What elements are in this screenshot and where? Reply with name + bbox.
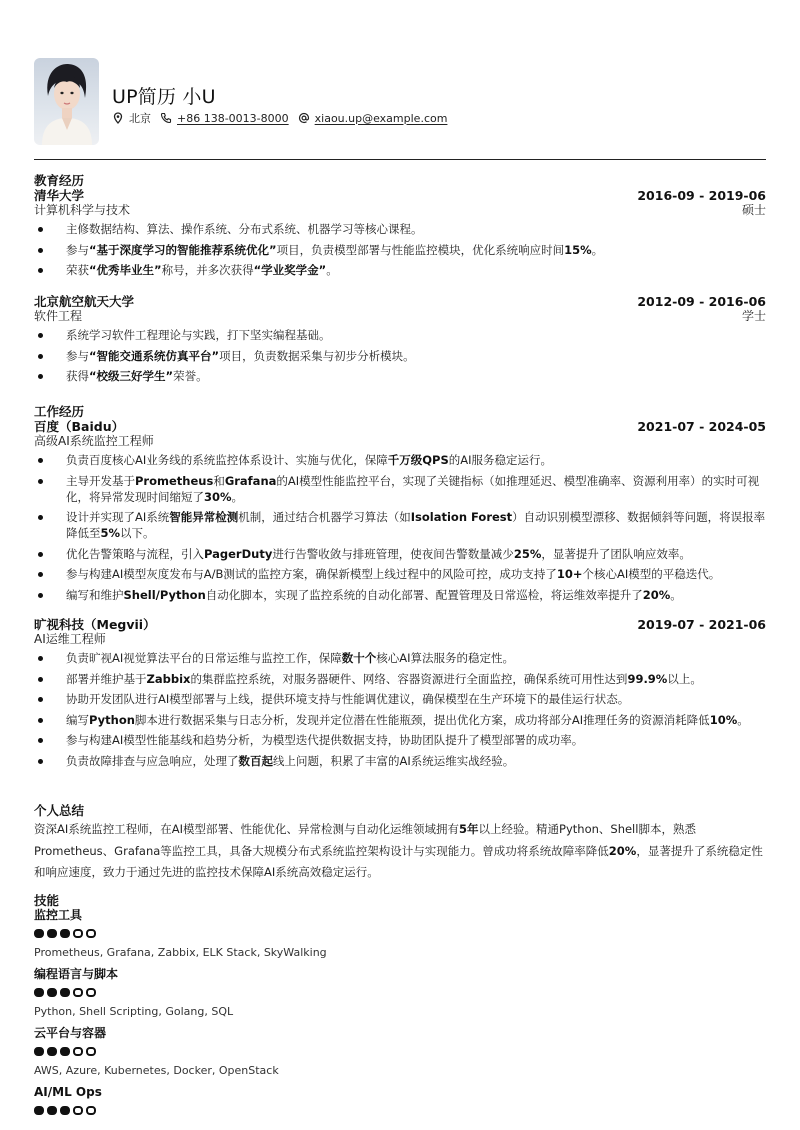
text-run: 。 xyxy=(232,490,244,504)
text-run: 主导开发基于 xyxy=(66,474,135,488)
emphasis-text: Shell/Python xyxy=(124,588,206,602)
list-item: 主导开发基于Prometheus和Grafana的AI模型性能监控平台，实现了关… xyxy=(34,473,766,505)
emphasis-text: Prometheus xyxy=(135,474,213,488)
filled-dot-icon xyxy=(60,1047,70,1056)
text-run: 参与构建AI模型性能基线和趋势分析，为模型迭代提供数据支持，协助团队提升了模型部… xyxy=(66,733,583,747)
phone-icon xyxy=(160,112,172,124)
text-run: 优化告警策略与流程，引入 xyxy=(66,547,204,561)
work-entry: 百度（Baidu） 2021-07 - 2024-05 高级AI系统监控工程师 … xyxy=(34,419,766,603)
job-title: AI运维工程师 xyxy=(34,632,106,646)
skill-level-rating xyxy=(34,988,766,998)
summary-text: 资深AI系统监控工程师，在AI模型部署、性能优化、异常检测与自动化运维领域拥有5… xyxy=(34,819,766,884)
email-link[interactable]: xiaou.up@example.com xyxy=(315,112,448,125)
skill-level-rating xyxy=(34,1047,766,1057)
emphasis-text: 智能异常检测 xyxy=(169,510,238,524)
portrait-image xyxy=(34,58,99,145)
text-run: 自动化脚本，实现了监控系统的自动化部署、配置管理及日常巡检，将运维效率提升了 xyxy=(206,588,643,602)
filled-dot-icon xyxy=(60,1106,70,1115)
list-item: 负责百度核心AI业务线的系统监控体系设计、实施与优化，保障千万级QPS的AI服务… xyxy=(34,452,766,468)
skill-item: 监控工具Prometheus, Grafana, Zabbix, ELK Sta… xyxy=(34,908,766,959)
candidate-name: UP简历 小U xyxy=(112,82,216,109)
emphasis-text: 5% xyxy=(101,526,121,540)
skill-name: 云平台与容器 xyxy=(34,1026,766,1041)
emphasis-text: 数十个 xyxy=(342,651,377,665)
text-run: 。 xyxy=(670,588,682,602)
contact-info: 北京 +86 138-0013-8000 xiaou.up@example.co… xyxy=(112,110,456,126)
emphasis-text: 数百起 xyxy=(239,754,274,768)
section-title-work: 工作经历 xyxy=(34,404,766,419)
header-divider xyxy=(34,159,766,160)
text-run: 。 xyxy=(592,243,604,257)
empty-dot-icon xyxy=(73,1106,83,1115)
education-section-2: 北京航空航天大学 2012-09 - 2016-06 软件工程 学士 系统学习软… xyxy=(34,294,766,389)
text-run: 资深AI系统监控工程师，在AI模型部署、性能优化、异常检测与自动化运维领域拥有 xyxy=(34,822,459,836)
bullet-list: 主修数据结构、算法、操作系统、分布式系统、机器学习等核心课程。参与“基于深度学习… xyxy=(34,221,766,278)
text-run: 获得 xyxy=(66,369,89,383)
skill-name: 监控工具 xyxy=(34,908,766,923)
text-run: 项目，负责模型部署与性能监控模块，优化系统响应时间 xyxy=(277,243,565,257)
empty-dot-icon xyxy=(86,1106,96,1115)
list-item: 编写Python脚本进行数据采集与日志分析，发现并定位潜在性能瓶颈，提出优化方案… xyxy=(34,712,766,728)
skill-level-rating xyxy=(34,929,766,939)
skill-keywords: Prometheus, Grafana, Zabbix, ELK Stack, … xyxy=(34,946,766,959)
filled-dot-icon xyxy=(60,929,70,938)
list-item: 设计并实现了AI系统智能异常检测机制，通过结合机器学习算法（如Isolation… xyxy=(34,509,766,541)
at-sign-icon xyxy=(298,112,310,124)
filled-dot-icon xyxy=(60,988,70,997)
text-run: 机制，通过结合机器学习算法（如 xyxy=(238,510,411,524)
emphasis-text: PagerDuty xyxy=(204,547,272,561)
skill-item: AI/ML Ops xyxy=(34,1085,766,1116)
text-run: 项目，负责数据采集与初步分析模块。 xyxy=(219,349,415,363)
text-run: 参与 xyxy=(66,349,89,363)
list-item: 负责旷视AI视觉算法平台的日常运维与监控工作，保障数十个核心AI算法服务的稳定性… xyxy=(34,650,766,666)
text-run: 个核心AI模型的平稳迭代。 xyxy=(583,567,721,581)
list-item: 负责故障排查与应急响应，处理了数百起线上问题，积累了丰富的AI系统运维实战经验。 xyxy=(34,753,766,769)
list-item: 参与构建AI模型灰度发布与A/B测试的监控方案，确保新模型上线过程中的风险可控，… xyxy=(34,566,766,582)
text-run: 参与构建AI模型灰度发布与A/B测试的监控方案，确保新模型上线过程中的风险可控，… xyxy=(66,567,557,581)
map-pin-icon xyxy=(112,112,124,124)
text-run: ，显著提升了团队响应效率。 xyxy=(541,547,691,561)
list-item: 优化告警策略与流程，引入PagerDuty进行告警收敛与排班管理，使夜间告警数量… xyxy=(34,546,766,562)
skill-level-rating xyxy=(34,1106,766,1116)
text-run: 线上问题，积累了丰富的AI系统运维实战经验。 xyxy=(273,754,514,768)
list-item: 荣获“优秀毕业生”称号，并多次获得“学业奖学金”。 xyxy=(34,262,766,278)
resume-header: UP简历 小U 北京 +86 138-0013-8000 xyxy=(34,58,766,146)
text-run: 参与 xyxy=(66,243,89,257)
summary-section: 个人总结 资深AI系统监控工程师，在AI模型部署、性能优化、异常检测与自动化运维… xyxy=(34,803,766,884)
emphasis-text: 15% xyxy=(564,243,592,257)
school-name: 清华大学 xyxy=(34,188,84,203)
text-run: 编写 xyxy=(66,713,89,727)
date-range: 2012-09 - 2016-06 xyxy=(637,294,766,309)
text-run: 荣誉。 xyxy=(173,369,208,383)
major: 计算机科学与技术 xyxy=(34,203,130,217)
major: 软件工程 xyxy=(34,309,82,323)
list-item: 获得“校级三好学生”荣誉。 xyxy=(34,368,766,384)
education-section: 教育经历 清华大学 2016-09 - 2019-06 计算机科学与技术 硕士 … xyxy=(34,173,766,283)
school-name: 北京航空航天大学 xyxy=(34,294,134,309)
filled-dot-icon xyxy=(47,1106,57,1115)
text-run: 。 xyxy=(737,713,749,727)
emphasis-text: Python xyxy=(89,713,135,727)
filled-dot-icon xyxy=(47,988,57,997)
work-section: 工作经历 百度（Baidu） 2021-07 - 2024-05 高级AI系统监… xyxy=(34,404,766,607)
list-item: 系统学习软件工程理论与实践，打下坚实编程基础。 xyxy=(34,327,766,343)
skill-item: 编程语言与脚本Python, Shell Scripting, Golang, … xyxy=(34,967,766,1018)
text-run: 脚本进行数据采集与日志分析，发现并定位潜在性能瓶颈，提出优化方案，成功将部分AI… xyxy=(135,713,710,727)
filled-dot-icon xyxy=(47,929,57,938)
list-item: 参与“智能交通系统仿真平台”项目，负责数据采集与初步分析模块。 xyxy=(34,348,766,364)
company-name: 旷视科技（Megvii） xyxy=(34,617,156,632)
text-run: 协助开发团队进行AI模型部署与上线，提供环境支持与性能调优建议，确保模型在生产环… xyxy=(66,692,629,706)
skill-item: 云平台与容器AWS, Azure, Kubernetes, Docker, Op… xyxy=(34,1026,766,1077)
text-run: 的AI服务稳定运行。 xyxy=(449,453,552,467)
skills-list: 监控工具Prometheus, Grafana, Zabbix, ELK Sta… xyxy=(34,908,766,1116)
text-run: 。 xyxy=(326,263,338,277)
empty-dot-icon xyxy=(86,1047,96,1056)
skill-name: 编程语言与脚本 xyxy=(34,967,766,982)
filled-dot-icon xyxy=(34,1047,44,1056)
emphasis-text: “基于深度学习的智能推荐系统优化” xyxy=(89,243,277,257)
list-item: 参与“基于深度学习的智能推荐系统优化”项目，负责模型部署与性能监控模块，优化系统… xyxy=(34,242,766,258)
emphasis-text: 99.9% xyxy=(627,672,667,686)
text-run: 进行告警收敛与排班管理，使夜间告警数量减少 xyxy=(272,547,514,561)
avatar xyxy=(34,58,99,145)
emphasis-text: “校级三好学生” xyxy=(89,369,173,383)
contact-location: 北京 xyxy=(112,110,151,126)
empty-dot-icon xyxy=(73,988,83,997)
work-section-2: 旷视科技（Megvii） 2019-07 - 2021-06 AI运维工程师 负… xyxy=(34,617,766,773)
work-entry: 旷视科技（Megvii） 2019-07 - 2021-06 AI运维工程师 负… xyxy=(34,617,766,769)
text-run: 负责百度核心AI业务线的系统监控体系设计、实施与优化，保障 xyxy=(66,453,388,467)
list-item: 参与构建AI模型性能基线和趋势分析，为模型迭代提供数据支持，协助团队提升了模型部… xyxy=(34,732,766,748)
text-run: 设计并实现了AI系统 xyxy=(66,510,169,524)
list-item: 部署并维护基于Zabbix的集群监控系统，对服务器硬件、网络、容器资源进行全面监… xyxy=(34,671,766,687)
bullet-list: 负责旷视AI视觉算法平台的日常运维与监控工作，保障数十个核心AI算法服务的稳定性… xyxy=(34,650,766,769)
text-run: 以上。 xyxy=(667,672,702,686)
date-range: 2021-07 - 2024-05 xyxy=(637,419,766,434)
text-run: 部署并维护基于 xyxy=(66,672,147,686)
emphasis-text: Isolation Forest xyxy=(411,510,512,524)
bullet-list: 系统学习软件工程理论与实践，打下坚实编程基础。参与“智能交通系统仿真平台”项目，… xyxy=(34,327,766,384)
section-title-skills: 技能 xyxy=(34,893,766,908)
filled-dot-icon xyxy=(34,929,44,938)
emphasis-text: 30% xyxy=(204,490,232,504)
company-name: 百度（Baidu） xyxy=(34,419,124,434)
text-run: 和 xyxy=(213,474,225,488)
empty-dot-icon xyxy=(73,929,83,938)
text-run: 负责故障排查与应急响应，处理了 xyxy=(66,754,239,768)
emphasis-text: Grafana xyxy=(225,474,277,488)
filled-dot-icon xyxy=(47,1047,57,1056)
contact-email[interactable]: xiaou.up@example.com xyxy=(298,112,448,125)
skill-name: AI/ML Ops xyxy=(34,1085,766,1100)
text-run: 系统学习软件工程理论与实践，打下坚实编程基础。 xyxy=(66,328,331,342)
emphasis-text: Zabbix xyxy=(147,672,191,686)
bullet-list: 负责百度核心AI业务线的系统监控体系设计、实施与优化，保障千万级QPS的AI服务… xyxy=(34,452,766,603)
emphasis-text: “学业奖学金” xyxy=(254,263,327,277)
skills-section: 技能 监控工具Prometheus, Grafana, Zabbix, ELK … xyxy=(34,893,766,1124)
empty-dot-icon xyxy=(86,988,96,997)
text-run: 负责旷视AI视觉算法平台的日常运维与监控工作，保障 xyxy=(66,651,342,665)
contact-phone[interactable]: +86 138-0013-8000 xyxy=(160,112,289,125)
text-run: 称号，并多次获得 xyxy=(162,263,254,277)
text-run: 以下。 xyxy=(120,526,155,540)
job-title: 高级AI系统监控工程师 xyxy=(34,434,154,448)
emphasis-text: “优秀毕业生” xyxy=(89,263,162,277)
text-run: 核心AI算法服务的稳定性。 xyxy=(376,651,514,665)
text-run: 编写和维护 xyxy=(66,588,124,602)
date-range: 2019-07 - 2021-06 xyxy=(637,617,766,632)
emphasis-text: 5年 xyxy=(459,822,479,836)
text-run: 的集群监控系统，对服务器硬件、网络、容器资源进行全面监控，确保系统可用性达到 xyxy=(190,672,627,686)
emphasis-text: 千万级QPS xyxy=(388,453,449,467)
skill-keywords: AWS, Azure, Kubernetes, Docker, OpenStac… xyxy=(34,1064,766,1077)
emphasis-text: 20% xyxy=(609,844,637,858)
list-item: 主修数据结构、算法、操作系统、分布式系统、机器学习等核心课程。 xyxy=(34,221,766,237)
emphasis-text: 10+ xyxy=(557,567,583,581)
empty-dot-icon xyxy=(86,929,96,938)
date-range: 2016-09 - 2019-06 xyxy=(637,188,766,203)
location-text: 北京 xyxy=(129,110,151,126)
section-title-summary: 个人总结 xyxy=(34,803,766,818)
emphasis-text: 25% xyxy=(514,547,542,561)
emphasis-text: “智能交通系统仿真平台” xyxy=(89,349,219,363)
filled-dot-icon xyxy=(34,988,44,997)
skill-keywords: Python, Shell Scripting, Golang, SQL xyxy=(34,1005,766,1018)
filled-dot-icon xyxy=(34,1106,44,1115)
degree: 硕士 xyxy=(742,203,766,217)
phone-link[interactable]: +86 138-0013-8000 xyxy=(177,112,289,125)
list-item: 协助开发团队进行AI模型部署与上线，提供环境支持与性能调优建议，确保模型在生产环… xyxy=(34,691,766,707)
list-item: 编写和维护Shell/Python自动化脚本，实现了监控系统的自动化部署、配置管… xyxy=(34,587,766,603)
degree: 学士 xyxy=(742,309,766,323)
education-entry: 清华大学 2016-09 - 2019-06 计算机科学与技术 硕士 主修数据结… xyxy=(34,188,766,278)
emphasis-text: 10% xyxy=(710,713,738,727)
emphasis-text: 20% xyxy=(643,588,671,602)
text-run: 荣获 xyxy=(66,263,89,277)
text-run: 主修数据结构、算法、操作系统、分布式系统、机器学习等核心课程。 xyxy=(66,222,423,236)
empty-dot-icon xyxy=(73,1047,83,1056)
section-title-education: 教育经历 xyxy=(34,173,766,188)
education-entry: 北京航空航天大学 2012-09 - 2016-06 软件工程 学士 系统学习软… xyxy=(34,294,766,384)
